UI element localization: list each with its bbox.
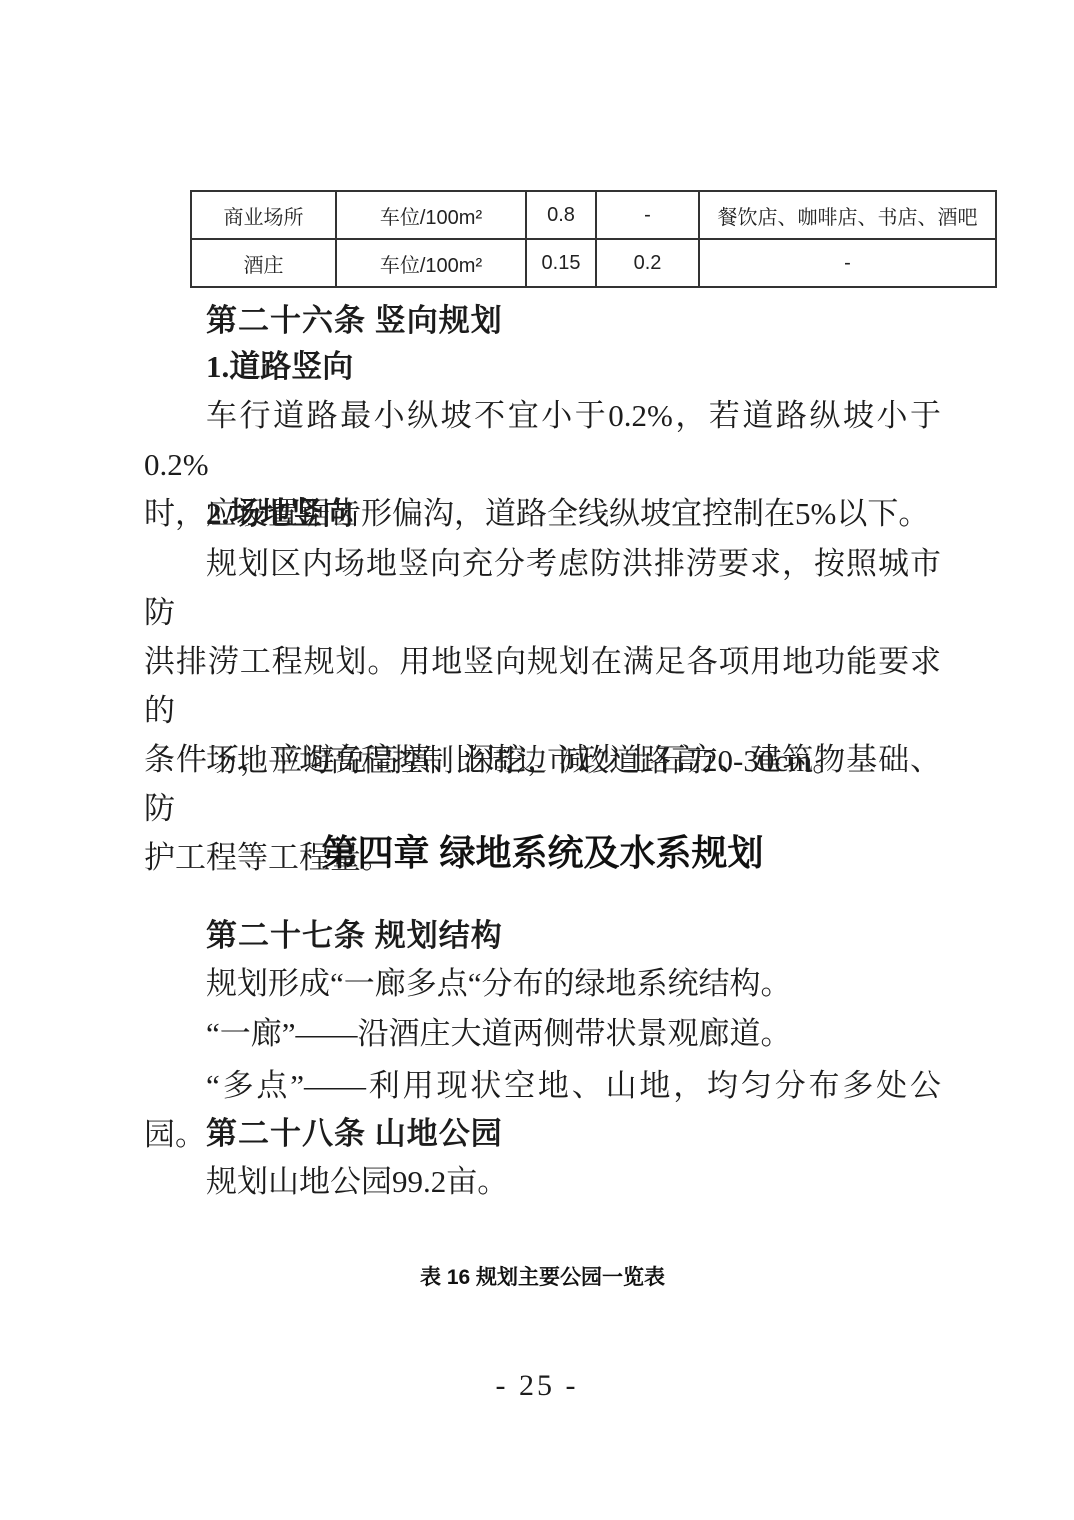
table-cell: 酒庄 [191,239,336,287]
article-26-elevation-paragraph: 场地平均高程控制比周边市政道路高20-30cm。 [144,736,941,785]
article-27-paragraph-corridor: “一廊”——沿酒庄大道两侧带状景观廊道。 [144,1009,941,1058]
table-cell: 0.15 [526,239,596,287]
table-cell: 商业场所 [191,191,336,239]
table-16-caption: 表 16 规划主要公园一览表 [144,1264,941,1292]
article-27-heading: 第二十七条 规划结构 [144,911,941,960]
page-number: - 25 - [0,1368,1074,1404]
table-cell: 0.8 [526,191,596,239]
table-cell: 餐饮店、咖啡店、书店、酒吧 [699,191,996,239]
article-27-paragraph-structure: 规划形成“一廊多点“分布的绿地系统结构。 [144,959,941,1008]
table-cell: - [596,191,699,239]
parking-standards-table: 商业场所 车位/100m² 0.8 - 餐饮店、咖啡店、书店、酒吧 酒庄 车位/… [190,190,997,288]
table-cell: 0.2 [596,239,699,287]
article-26-sub-2-heading: 2.场地竖向 [144,489,941,538]
document-page: 商业场所 车位/100m² 0.8 - 餐饮店、咖啡店、书店、酒吧 酒庄 车位/… [0,0,1074,1520]
article-28-paragraph: 规划山地公园99.2亩。 [144,1157,941,1206]
table-row: 酒庄 车位/100m² 0.15 0.2 - [191,239,996,287]
chapter-4-heading: 第四章 绿地系统及水系规划 [144,830,941,876]
table-cell: 车位/100m² [336,239,526,287]
article-26-sub-1-heading: 1.道路竖向 [144,342,941,391]
table-cell: - [699,239,996,287]
article-26-heading: 第二十六条 竖向规划 [144,296,941,345]
table-row: 商业场所 车位/100m² 0.8 - 餐饮店、咖啡店、书店、酒吧 [191,191,996,239]
article-28-heading: 第二十八条 山地公园 [144,1109,941,1158]
table-cell: 车位/100m² [336,191,526,239]
